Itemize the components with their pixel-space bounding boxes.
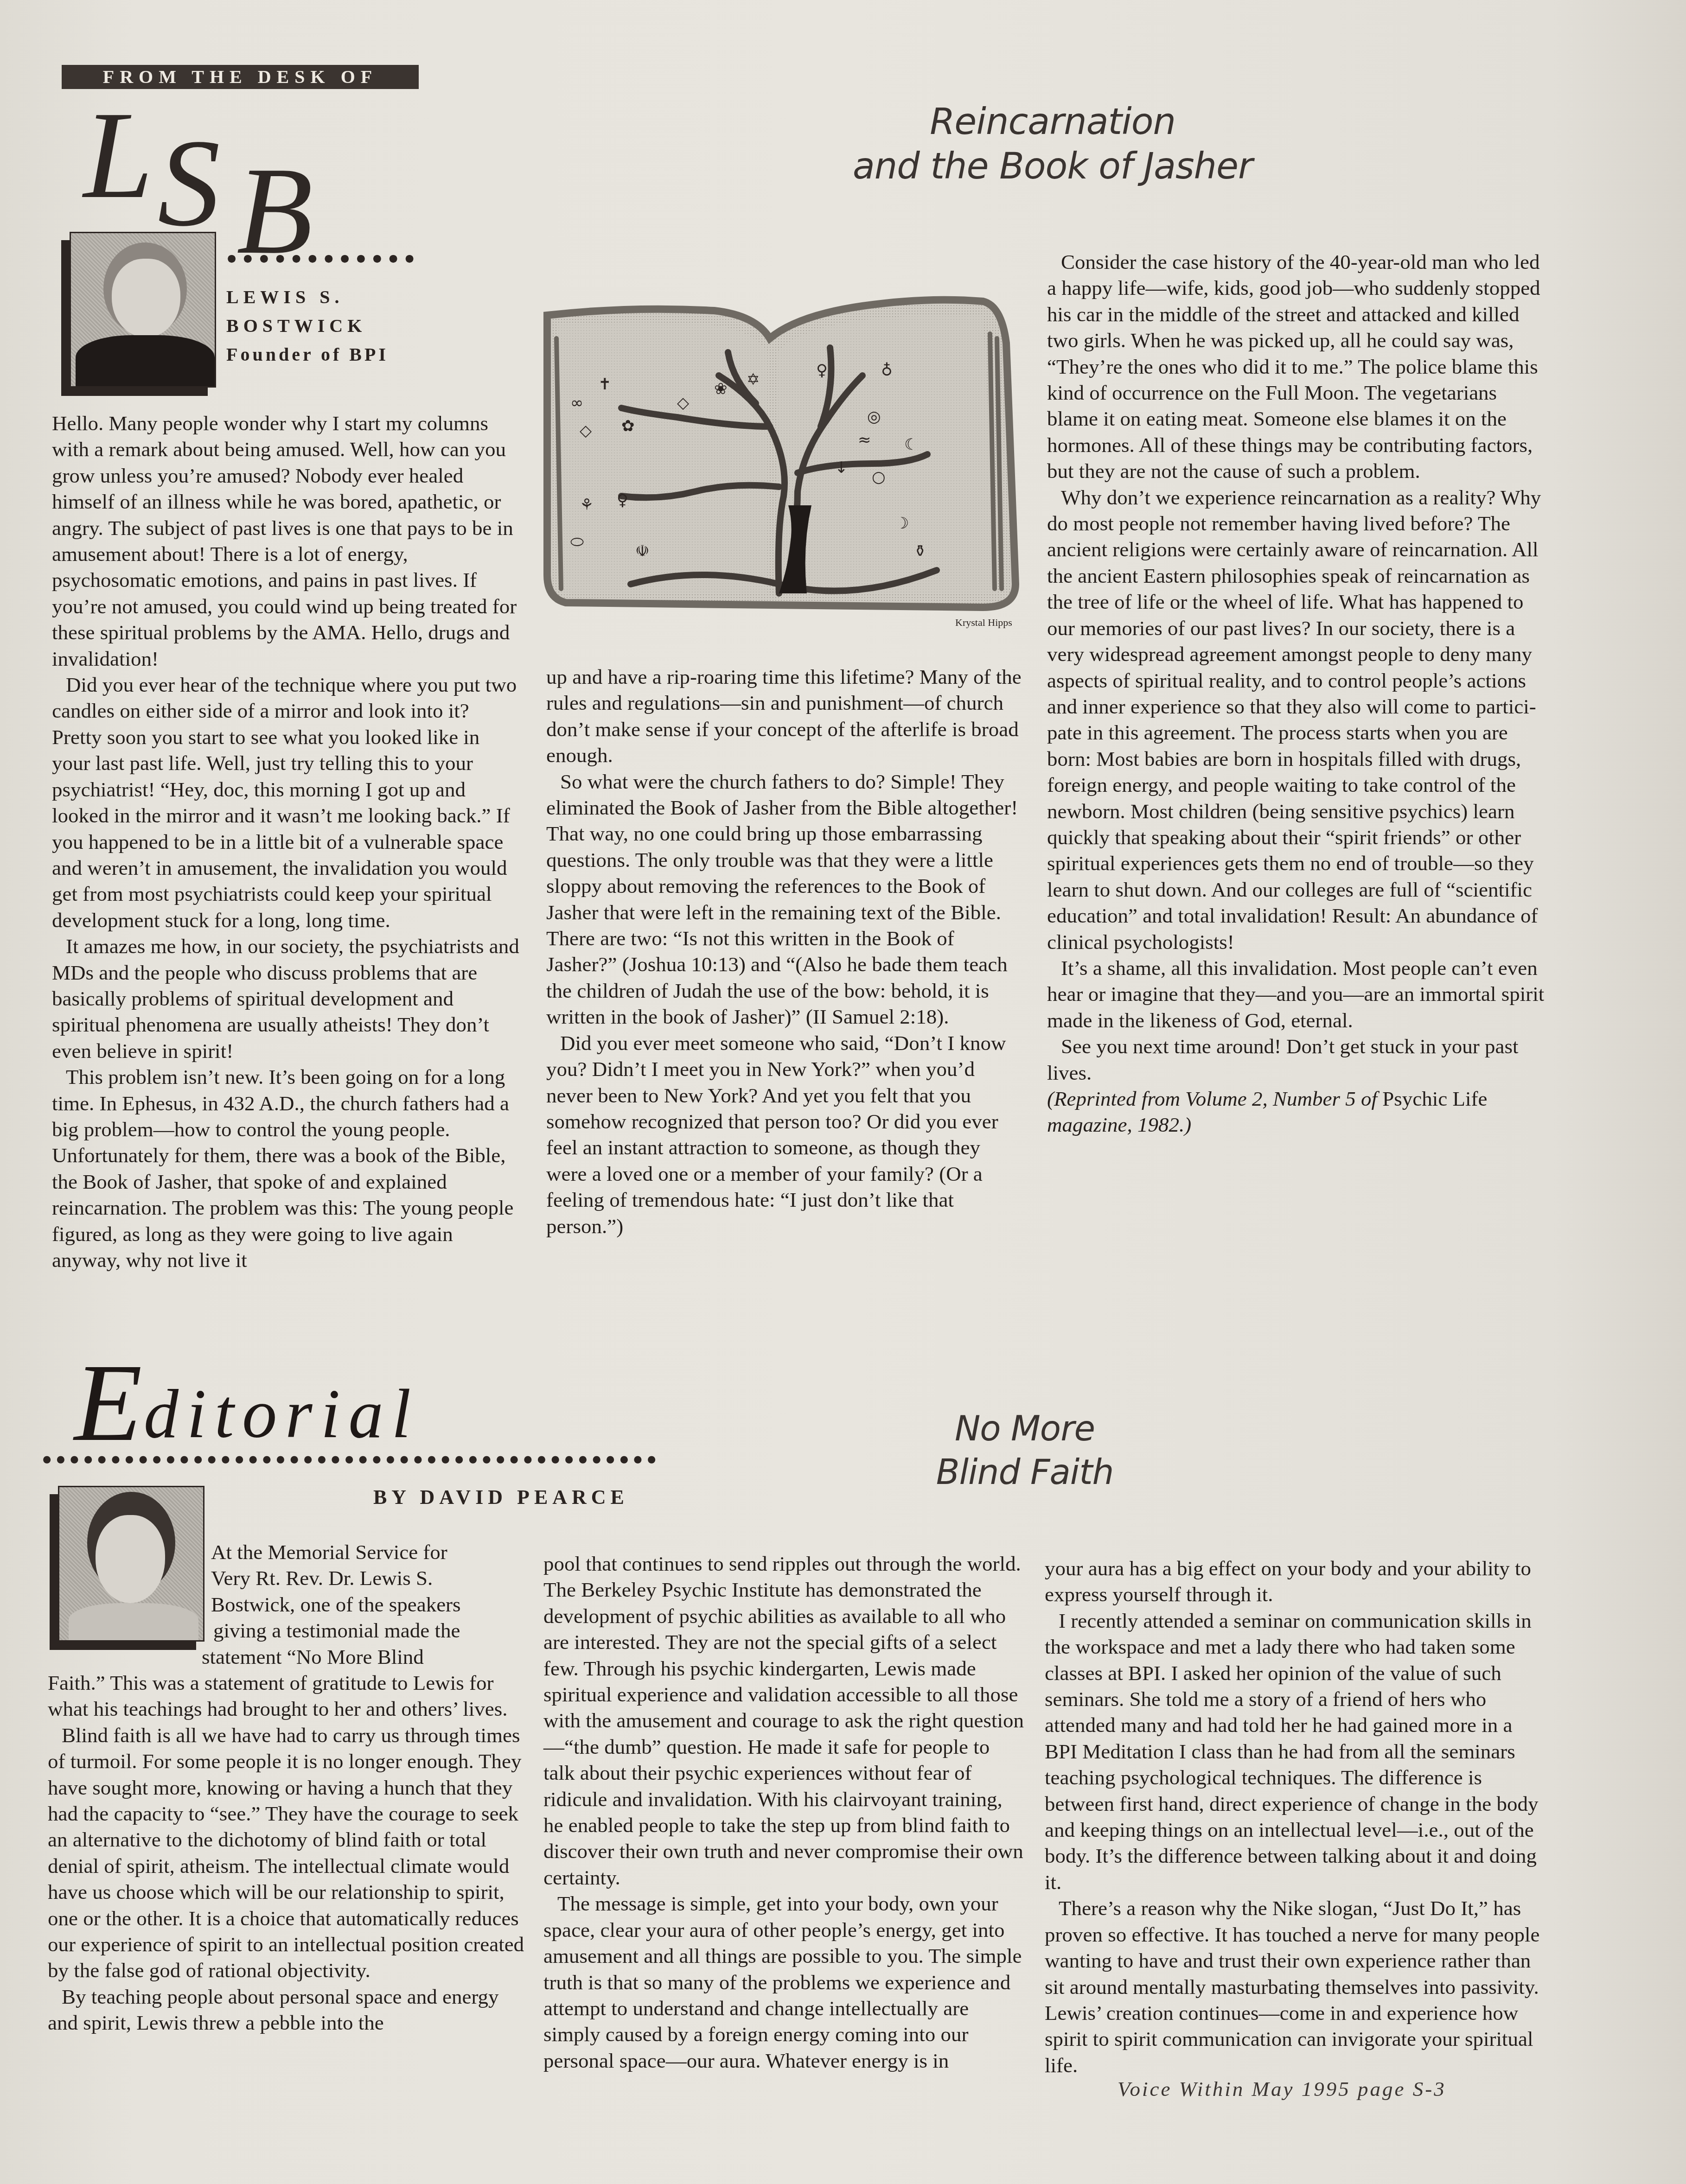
article1-column-3: Consider the case history of the 40-year… <box>1047 249 1548 1138</box>
editorial-dotted-rule: ● ● ● ● ● ● ● ● ● ● ● ● ● ● ● ● ● ● ● ● … <box>43 1453 659 1464</box>
paragraph: So what were the church fathers to do? S… <box>546 769 1024 1030</box>
paragraph: Blind faith is all we have had to carry … <box>48 1722 530 1984</box>
lsb-monogram: L S B <box>83 93 343 246</box>
article1-column-2: up and have a rip-roaring time this life… <box>546 664 1024 1239</box>
svg-text:◎: ◎ <box>867 408 881 426</box>
paragraph: your aura has a big effect on your body … <box>1045 1555 1541 1608</box>
david-pearce-photo <box>58 1486 204 1642</box>
editorial-column-1: Faith.” This was a statement of gratitud… <box>48 1670 530 2036</box>
svg-text:⚘: ⚘ <box>580 496 594 514</box>
editorial-initial: E <box>74 1347 142 1458</box>
reprint-note: (Reprinted from Volume 2, Number 5 of Ps… <box>1047 1086 1548 1138</box>
wrap-line: statement “No More Blind <box>202 1644 536 1670</box>
paragraph: It’s a shame, all this invalidation. Mos… <box>1047 955 1548 1033</box>
wrap-line: Bostwick, one of the speakers <box>211 1592 536 1617</box>
paragraph: It amazes me how, in our society, the ps… <box>52 933 523 1064</box>
svg-text:⬭: ⬭ <box>570 533 584 551</box>
svg-text:✿: ✿ <box>621 417 635 435</box>
footer-issue: May 1995 <box>1252 2077 1350 2101</box>
editorial-column-2: pool that continues to send ripples out … <box>543 1551 1026 2074</box>
paragraph: Faith.” This was a statement of gratitud… <box>48 1670 530 1722</box>
editorial-byline: BY DAVID PEARCE <box>373 1484 670 1511</box>
svg-text:∞: ∞ <box>570 394 583 412</box>
svg-text:◇: ◇ <box>580 421 592 440</box>
article-title-reincarnation: Reincarnation and the Book of Jasher <box>788 100 1317 189</box>
svg-text:◇: ◇ <box>677 394 690 412</box>
paragraph: See you next time around! Don’t get stuc… <box>1047 1033 1548 1086</box>
svg-text:♁: ♁ <box>881 361 893 380</box>
author-title: Founder of BPI <box>226 340 430 369</box>
svg-text:○: ○ <box>872 468 886 486</box>
svg-text:☽: ☽ <box>895 514 909 533</box>
article-title-line1: Reincarnation <box>788 100 1317 144</box>
page-footer: Voice Within May 1995 page S-3 <box>1118 2077 1535 2101</box>
svg-text:☫: ☫ <box>635 542 649 560</box>
svg-text:↓: ↓ <box>835 458 848 477</box>
editorial-rest: ditorial <box>144 1379 419 1449</box>
author-name-line2: BOSTWICK <box>226 312 430 340</box>
wrap-line: At the Memorial Service for <box>211 1539 536 1565</box>
paragraph: By teaching people about personal space … <box>48 1984 530 2036</box>
author-name-line1: LEWIS S. <box>226 283 430 312</box>
paragraph: There’s a reason why the Nike slogan, “J… <box>1045 1895 1541 2078</box>
svg-text:⚱: ⚱ <box>913 542 927 560</box>
paragraph: Did you ever meet someone who said, “Don… <box>546 1030 1024 1239</box>
wrap-line: giving a testimonial made the <box>211 1617 536 1643</box>
article1-column-1: Hello. Many people wonder why I start my… <box>52 410 523 1273</box>
article-title-line2: Blind Faith <box>872 1451 1178 1494</box>
svg-text:✡: ✡ <box>747 370 760 389</box>
paragraph: Did you ever hear of the technique where… <box>52 672 523 933</box>
article-title-line1: No More <box>872 1407 1178 1451</box>
paragraph: pool that continues to send ripples out … <box>543 1551 1026 1891</box>
paragraph: The message is simple, get into your bod… <box>543 1891 1026 2074</box>
monogram-letter-s: S <box>158 121 220 246</box>
svg-text:✝: ✝ <box>598 375 612 394</box>
svg-text:≈: ≈ <box>858 431 871 449</box>
wrap-line: Very Rt. Rev. Dr. Lewis S. <box>211 1565 536 1591</box>
tree-of-life-book-illustration: ✝∞◇ ✿◇❀ ✡♀♁ ◎≈☾ ↓○⚘ ♀☽⚱ ⬭☫ <box>538 287 1029 612</box>
illustration-credit: Krystal Hipps <box>955 617 1012 629</box>
dotted-rule: ● ● ● ● ● ● ● ● ● ● ● ● <box>227 253 422 264</box>
editorial-column-1-wrap: At the Memorial Service for Very Rt. Rev… <box>211 1539 536 1670</box>
open-book-tree-icon: ✝∞◇ ✿◇❀ ✡♀♁ ◎≈☾ ↓○⚘ ♀☽⚱ ⬭☫ <box>538 287 1029 612</box>
paragraph: This problem isn’t new. It’s been going … <box>52 1064 523 1273</box>
editorial-heading: E ditorial <box>74 1347 492 1453</box>
article-title-no-more-blind-faith: No More Blind Faith <box>872 1407 1178 1494</box>
footer-publication: Voice Within <box>1118 2077 1245 2101</box>
svg-text:☾: ☾ <box>904 435 918 454</box>
paragraph: Consider the case history of the 40-year… <box>1047 249 1548 484</box>
paragraph: I recently attended a seminar on communi… <box>1045 1608 1541 1895</box>
svg-text:♀: ♀ <box>617 491 628 509</box>
paragraph: Hello. Many people wonder why I start my… <box>52 410 523 672</box>
lewis-bostwick-photo <box>70 232 216 388</box>
svg-text:♀: ♀ <box>816 361 828 380</box>
svg-text:❀: ❀ <box>714 380 728 398</box>
paragraph: Why don’t we experience reincarnation as… <box>1047 484 1548 955</box>
monogram-letter-l: L <box>83 93 153 218</box>
paragraph: up and have a rip-roaring time this life… <box>546 664 1024 769</box>
footer-page: page S-3 <box>1358 2077 1446 2101</box>
article-title-line2: and the Book of Jasher <box>788 144 1317 189</box>
author-name-block: LEWIS S. BOSTWICK Founder of BPI <box>226 283 430 369</box>
editorial-column-3: your aura has a big effect on your body … <box>1045 1555 1541 2078</box>
